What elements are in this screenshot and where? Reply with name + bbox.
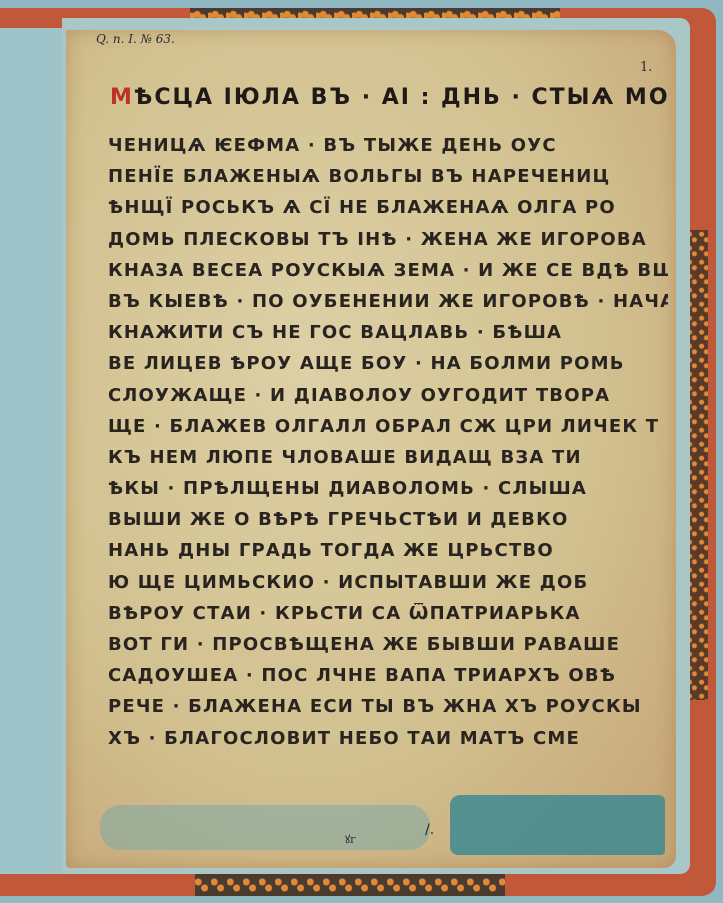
text-line: ВОТ ГИ · ПРОСВѢЩЕНА ЖЕ БЫВШИ РАВАШЕ (108, 629, 668, 660)
heading: МѢСЦА ІЮЛА ВЪ · АІ : ДНЬ · СТЫѦ МО (110, 85, 670, 110)
text-line: САДОУШЕА · ПОС ЛЧНЕ ВАПА ТРИАРХЪ ОВѢ (108, 660, 668, 691)
text-line: КНАЗА ВЕСЕА РОУСКЫѦ ЗЕМА · И ЖЕ СЕ ВДѢ В… (108, 255, 668, 286)
text-line: РЕЧЕ · БЛАЖЕНА ЕСИ ТЫ ВЪ ЖНА ХЪ РОУСКЫ (108, 691, 668, 722)
text-line: ВЫШИ ЖЕ О ВѢРѢ ГРЕЧЬСТѢИ И ДЕВКО (108, 504, 668, 535)
text-line: КНАЖИТИ СЪ НЕ ГОС ВАЦЛАВЬ · БѢША (108, 317, 668, 348)
text-line: ЩЕ · БЛАЖЕВ ОЛГАЛЛ ОБРАЛ СЖ ЦРИ ЛИЧЕК Т (108, 411, 668, 442)
text-line: ВѢРОУ СТАИ · КРЬСТИ СА ѾПАТРИАРЬКА (108, 598, 668, 629)
text-line: НАНЬ ДНЫ ГРАДЬ ТОГДА ЖЕ ЦРЬСТВО (108, 535, 668, 566)
text-line: КЪ НЕМ ЛЮПЕ ЧЛОВАШЕ ВИДАЩ ВЗА ТИ (108, 442, 668, 473)
folio-number: 1. (640, 60, 652, 75)
text-line: Ю ЩЕ ЦИМЬСКИО · ИСПЫТАВШИ ЖЕ ДОБ (108, 567, 668, 598)
text-line: ДОМЬ ПЛЕСКОВЫ ТЪ ІНѢ · ЖЕНА ЖЕ ИГОРОВА (108, 224, 668, 255)
text-line: ЧЕНИЦѦ ѤЕФМА · ВЪ ТЫЖЕ ДЕНЬ ОУС (108, 130, 668, 161)
text-line: ВЪ КЫЕВѢ · ПО ОУБЕНЕНИИ ЖЕ ИГОРОВѢ · НАЧ… (108, 286, 668, 317)
shelfmark: Q. п. I. № 63. (96, 32, 175, 46)
text-line: ХЪ · БЛАГОСЛОВИТ НЕБО ТАИ МАТЪ СМЕ (108, 723, 668, 754)
marbled-board-bottom (195, 874, 505, 896)
heading-text: ѢСЦА ІЮЛА ВЪ · АІ : ДНЬ · СТЫѦ МО (134, 85, 670, 110)
rubric-initial: М (110, 85, 134, 110)
quire-signature: ꙋг (345, 832, 356, 847)
text-line: ѢНЩЇ РОСЬКЪ Ѧ СЇ НЕ БЛАЖЕНАѦ ОЛГА РО (108, 192, 668, 223)
text-block: ЧЕНИЦѦ ѤЕФМА · ВЪ ТЫЖЕ ДЕНЬ ОУС ПЕНЇЕ БЛ… (108, 130, 668, 754)
text-line: ВЕ ЛИЦЕВ ѢРОУ АЩЕ БОУ · НА БОЛМИ РОМЬ (108, 348, 668, 379)
text-line: ѢКЫ · ПРѢЛЩЕНЫ ДИАВОЛОМЬ · СЛЫША (108, 473, 668, 504)
water-stain (100, 805, 430, 850)
endpaper-left (0, 28, 64, 874)
text-line: СЛОУЖАЩЕ · И ДІАВОЛОУ ОУГОДИТ ТВОРА (108, 380, 668, 411)
bottom-mark: /. (425, 822, 434, 838)
text-line: ПЕНЇЕ БЛАЖЕНЫѦ ВОЛЬГЫ ВЪ НАРЕЧЕНИЦ (108, 161, 668, 192)
water-stain-dark (450, 795, 665, 855)
